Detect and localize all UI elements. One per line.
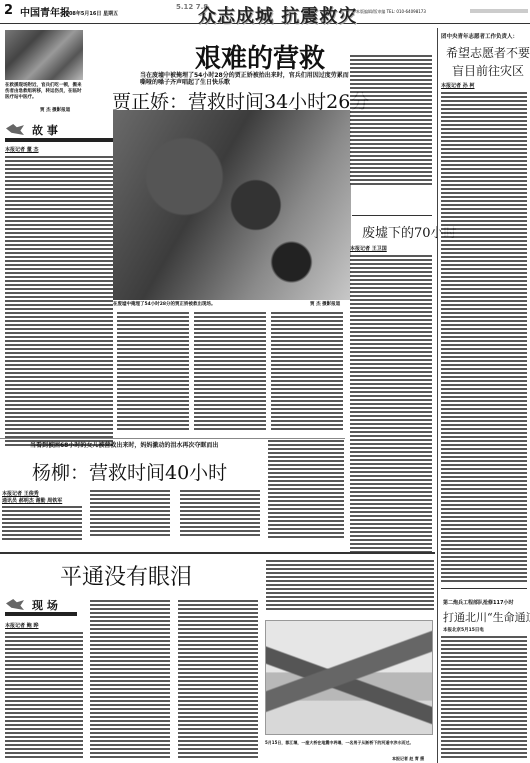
- main-rescue-photo: [113, 110, 351, 300]
- url-bar: [470, 9, 528, 13]
- third-col-1: [5, 632, 83, 760]
- divider: [0, 438, 345, 439]
- page-number: 2: [4, 3, 13, 18]
- bridge-photo-credit: 本报记者 赵 青 摄: [392, 756, 424, 762]
- bird-icon: [6, 124, 24, 135]
- banner-title: 众志成城 抗震救灾: [198, 2, 357, 28]
- small-photo-caption: 在救援现场附近，官兵们吃一顿，搬来伤者由急救组转移，转运伤员，在临时医疗站中医疗…: [5, 83, 83, 101]
- divider: [0, 552, 435, 554]
- main-photo-credit: 贾 杰 摄影报道: [310, 302, 340, 308]
- right-byline: 本报记者 孙 柯: [441, 82, 474, 89]
- bottom-right-dateline: 本报北京5月15日电: [443, 628, 484, 634]
- second-byline-1: 本报记者 王俊秀: [2, 490, 39, 497]
- right-headline-1: 希望志愿者不要: [446, 44, 530, 61]
- column-rule: [437, 28, 438, 763]
- sidebar-byline: 本报记者 王卫国: [350, 245, 387, 252]
- masthead: 2 中国青年报 2008年5月16日 星期五 5.12 7.8 众志成城 抗震救…: [0, 0, 530, 24]
- main-story-col-1: [117, 312, 189, 430]
- section-bar: [5, 138, 113, 142]
- second-headline: 杨柳：营救时间40小时: [32, 458, 227, 485]
- second-deck: 当看到被困68小时的女儿被营救出来时，妈妈激动的泪水再次夺眶而出: [30, 442, 240, 449]
- main-photo-caption: 在废墟中掩埋了54小时28分的贾正娇被救出现场。: [113, 302, 293, 308]
- bottom-right-kicker: 第二炮兵工程部队抢修117小时: [443, 600, 513, 606]
- second-col-2: [90, 490, 170, 538]
- third-col-3: [178, 600, 258, 760]
- small-photo-credit: 贾 杰 摄影报道: [40, 108, 70, 114]
- sidebar-text: [350, 255, 432, 555]
- bird-icon: [6, 599, 24, 610]
- second-col-1: [2, 506, 82, 540]
- main-story-col-2: [194, 312, 266, 430]
- third-col-2: [90, 600, 170, 760]
- second-byline-2: 通讯员 郝明杰 谢勤 周铁军: [2, 497, 62, 504]
- story-column-1: [5, 156, 113, 446]
- main-story-col-right: [350, 55, 432, 185]
- divider: [352, 215, 432, 216]
- collapsed-bridge-photo: [265, 620, 433, 735]
- main-story-col-3: [271, 312, 343, 430]
- section-label-scene: 现 场: [32, 597, 58, 613]
- divider: [441, 588, 527, 589]
- third-byline: 本报记者 鲍 晔: [5, 622, 38, 629]
- main-headline: 艰难的营救: [195, 38, 325, 75]
- date-line: 2008年5月16日 星期五: [62, 10, 118, 17]
- editor-line: 本版编辑/版审编 TEL: 010-64098173: [356, 9, 426, 15]
- right-headline-2: 盲目前往灾区: [452, 62, 524, 79]
- bottom-right-headline: 打通北川“生命通道”: [443, 609, 530, 625]
- section-bar: [5, 612, 77, 616]
- right-kicker: 团中央青年志愿者工作负责人：: [441, 34, 518, 40]
- main-deck: 当在废墟中被掩埋了54小时28分的贾正娇被抬出来时，官兵们用因过度劳累而嘶哑的嗓…: [140, 72, 350, 86]
- bottom-right-text: [441, 636, 527, 760]
- second-col-4: [268, 440, 344, 538]
- bridge-photo-caption: 5月15日，都江堰，一座大桥在地震中坍塌，一名男子从断桥下的河道中涉水而过。: [265, 740, 433, 745]
- second-col-3: [180, 490, 260, 538]
- rescue-photo-small: [5, 30, 83, 80]
- byline-story: 本报记者 董 杰: [5, 146, 38, 153]
- third-col-4: [266, 560, 434, 610]
- third-headline: 平通没有眼泪: [60, 560, 192, 591]
- right-column-text: [441, 92, 527, 582]
- section-label-story: 故 事: [32, 122, 58, 138]
